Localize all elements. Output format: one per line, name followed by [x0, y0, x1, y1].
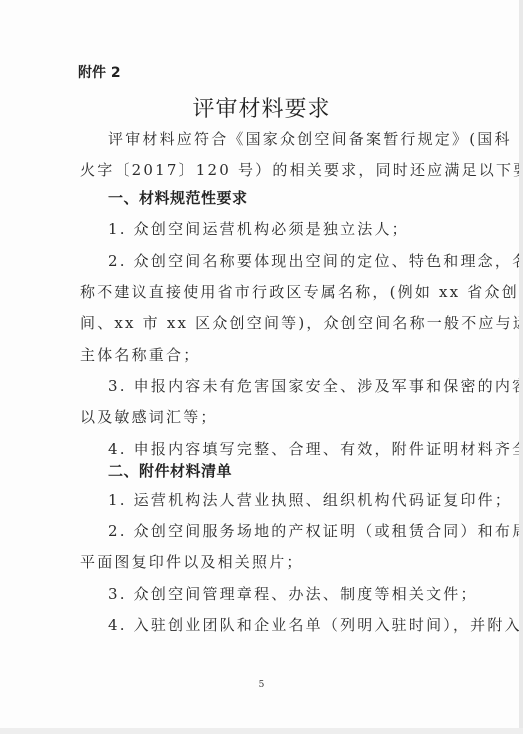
body-line: 2. 众创空间名称要体现出空间的定位、特色和理念，名: [108, 251, 473, 271]
body-line: 称不建议直接使用省市行政区专属名称，(例如 xx 省众创空: [80, 282, 445, 302]
body-line: 主体名称重合；: [80, 345, 445, 365]
body-line: 3. 申报内容未有危害国家安全、涉及军事和保密的内容: [108, 376, 473, 396]
body-line: 4. 申报内容填写完整、合理、有效，附件证明材料齐全；: [108, 439, 473, 459]
body-line: 3. 众创空间管理章程、办法、制度等相关文件；: [108, 584, 473, 604]
page-bottom-shadow: [0, 728, 523, 734]
body-line: 4. 入驻创业团队和企业名单（列明入驻时间），并附入: [108, 615, 473, 635]
page-number: 5: [0, 680, 523, 690]
body-line: 2. 众创空间服务场地的产权证明（或租赁合同）和布局: [108, 521, 473, 541]
section-heading: 二、附件材料清单: [108, 461, 473, 481]
attachment-label: 附件 2: [78, 62, 121, 82]
document-title: 评审材料要求: [0, 92, 523, 123]
body-line: 以及敏感词汇等；: [80, 407, 445, 427]
section-heading: 一、材料规范性要求: [108, 188, 473, 208]
body-line: 1. 众创空间运营机构必须是独立法人；: [108, 219, 473, 239]
document-page: 附件 2 评审材料要求 评审材料应符合《国家众创空间备案暂行规定》(国科 火字〔…: [0, 0, 523, 734]
page-edge-shadow: [519, 0, 523, 734]
body-line: 平面图复印件以及相关照片；: [80, 552, 445, 572]
intro-line: 火字〔2017〕120 号）的相关要求，同时还应满足以下要求：: [80, 160, 445, 180]
intro-line: 评审材料应符合《国家众创空间备案暂行规定》(国科: [108, 129, 473, 149]
body-line: 1. 运营机构法人营业执照、组织机构代码证复印件；: [108, 490, 473, 510]
body-line: 间、xx 市 xx 区众创空间等)，众创空间名称一般不应与运营: [80, 313, 445, 333]
